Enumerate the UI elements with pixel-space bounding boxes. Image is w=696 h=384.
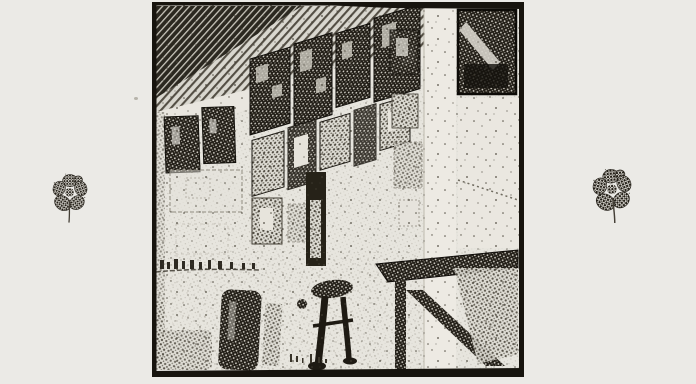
flower-icon	[581, 160, 645, 230]
fleuron-ornament-left	[44, 169, 96, 226]
scanned-page	[0, 0, 696, 384]
fleuron-ornament-right	[581, 160, 645, 230]
halftone-photograph	[152, 2, 524, 377]
dust-speck	[134, 97, 138, 100]
flower-icon	[44, 169, 96, 226]
scan-grain-overlay	[155, 5, 521, 370]
